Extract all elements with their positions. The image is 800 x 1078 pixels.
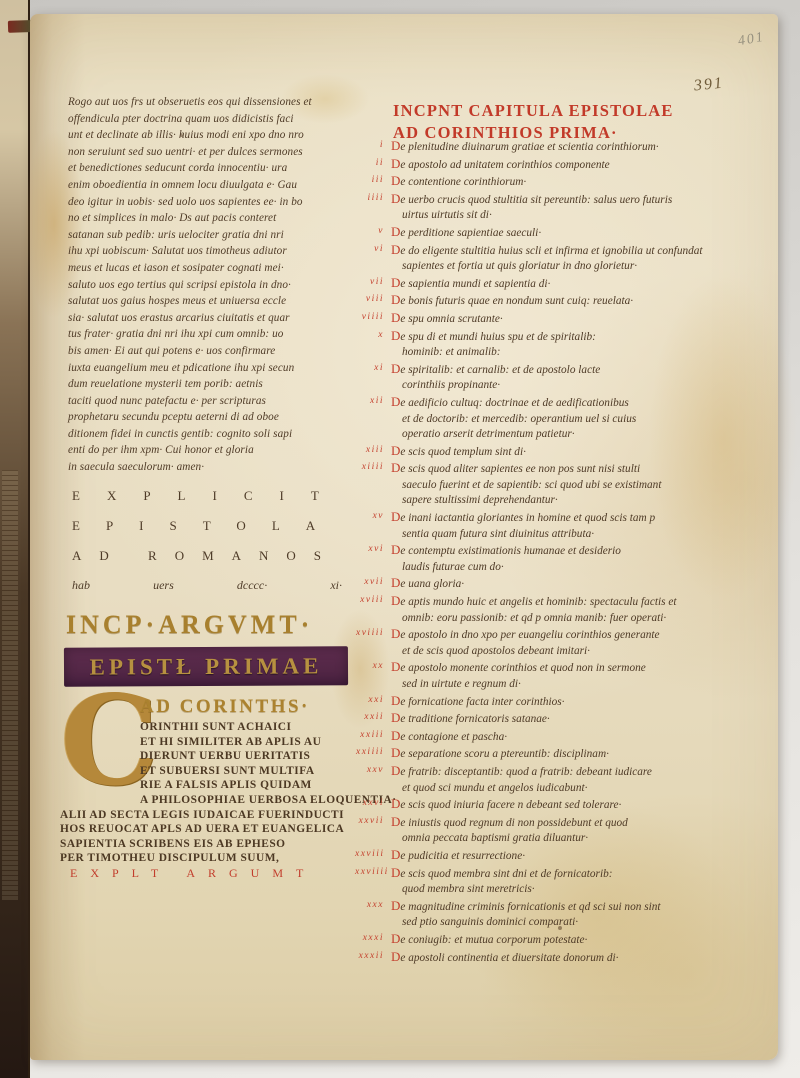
red-initial-d: D <box>391 626 400 641</box>
manuscript-line: taciti quod nunc patefactu e· per script… <box>68 393 373 410</box>
ink-folio-number: 391 <box>693 74 725 95</box>
capitulum-text: De apostolo in dno xpo per euangeliu cor… <box>391 626 800 659</box>
manuscript-line: ihu xpi uobiscum· Salutat uos timotheus … <box>68 243 373 260</box>
capitulum-text: De magnitudine criminis fornicationis et… <box>391 898 800 931</box>
red-initial-d: D <box>391 224 400 239</box>
capitulum-roman-numeral: ii <box>355 156 391 174</box>
capitulum-text: De aptis mundo huic et angelis et homini… <box>391 593 800 626</box>
manuscript-line: dum reuelatione mysterii tem porib: aetn… <box>68 376 373 393</box>
capitulum-line-text: e fratrib: disceptantib: quod a fratrib:… <box>400 766 652 778</box>
capitulum-line: De apostolo ad unitatem corinthios compo… <box>391 156 800 174</box>
explicit-line: AD ROMANOS <box>72 548 364 578</box>
capitulum-line: sed ptio sanguinis dominici comparati· <box>391 915 800 931</box>
capitulum-text: De separatione scoru a ptereuntib: disci… <box>391 745 800 763</box>
verse-token: dcccc· <box>237 578 267 593</box>
red-initial-d: D <box>391 275 400 290</box>
capitulum-text: De scis quod aliter sapientes ee non pos… <box>391 460 800 509</box>
argumentum-line: HOS REUOCAT APLS AD UERA ET EUANGELICA <box>60 822 360 837</box>
pencil-folio-number: 401 <box>737 30 766 50</box>
verse-token: hab <box>72 578 90 593</box>
capitulum-roman-numeral: xviiii <box>355 626 391 659</box>
red-initial-d: D <box>391 156 400 171</box>
capitulum-line: et de doctorib: et mercedib: operantium … <box>391 412 800 428</box>
capitulum-text: De contentione corinthiorum· <box>391 173 800 191</box>
capitulum-line: De spiritalib: et carnalib: et de aposto… <box>391 361 800 379</box>
capitulum-line-text: e iniustis quod regnum di non possidebun… <box>400 817 627 829</box>
explicit-line: EXPLICIT <box>72 488 364 518</box>
red-initial-d: D <box>391 659 400 674</box>
capitulum-text: De traditione fornicatoris satanae· <box>391 710 800 728</box>
capitulum-roman-numeral: xvii <box>355 575 391 593</box>
capitulum-line: De do eligente stultitia huius scli et i… <box>391 242 800 260</box>
capitulum-line: De uerbo crucis quod stultitia sit pereu… <box>391 191 800 209</box>
capitulum-text: De do eligente stultitia huius scli et i… <box>391 242 800 275</box>
red-initial-d: D <box>391 814 400 829</box>
capitula-item: xvi De contemptu existimationis humanae … <box>355 542 800 575</box>
red-initial-d: D <box>391 593 400 608</box>
manuscript-line: enim oboedientia in omnem locu diuulgata… <box>68 177 373 194</box>
capitula-item: xxi De fornicatione facta inter corinthi… <box>355 693 800 711</box>
capitula-item: xxxii De apostoli continentia et diuersi… <box>355 949 800 967</box>
capitula-item: xv De inani iactantia gloriantes in homi… <box>355 509 800 542</box>
manuscript-line: salutat uos gaius hospes meus et uniuers… <box>68 293 373 310</box>
capitulum-line: De iniustis quod regnum di non possidebu… <box>391 814 800 832</box>
capitula-item: vi De do eligente stultitia huius scli e… <box>355 242 800 275</box>
red-initial-d: D <box>391 394 400 409</box>
capitulum-roman-numeral: vi <box>355 242 391 275</box>
capitulum-line-text: e uana gloria· <box>400 578 464 590</box>
capitulum-text: De fornicatione facta inter corinthios· <box>391 693 800 711</box>
capitulum-roman-numeral: xxxi <box>355 931 391 949</box>
red-initial-d: D <box>391 847 400 862</box>
capitulum-roman-numeral: viii <box>355 292 391 310</box>
red-initial-d: D <box>391 931 400 946</box>
capitula-item: x De spu di et mundi huius spu et de spi… <box>355 328 800 361</box>
capitula-item: iiii De uerbo crucis quod stultitia sit … <box>355 191 800 224</box>
red-initial-d: D <box>391 173 400 188</box>
capitula-item: vii De sapientia mundi et sapientia di· <box>355 275 800 293</box>
capitulum-text: De pudicitia et resurrectione· <box>391 847 800 865</box>
capitulum-line: omnib: eoru passionib: et qd p omnia man… <box>391 611 800 627</box>
capitula-header-line1: INCPNT CAPITULA EPISTOLAE <box>393 100 773 122</box>
capitulum-line: corinthiis propinante· <box>391 378 800 394</box>
capitulum-text: De scis quod templum sint di· <box>391 443 800 461</box>
capitulum-line-text: e separatione scoru a ptereuntib: discip… <box>400 748 609 760</box>
capitulum-text: De spu di et mundi huius spu et de spiri… <box>391 328 800 361</box>
red-initial-d: D <box>391 575 400 590</box>
red-initial-d: D <box>391 361 400 376</box>
capitulum-line: De magnitudine criminis fornicationis et… <box>391 898 800 916</box>
capitulum-line-text: e coniugib: et mutua corporum potestate· <box>400 934 587 946</box>
manuscript-line: saluto uos ego tertius qui scripsi epist… <box>68 277 373 294</box>
capitulum-line: De scis quod membra sint dni et de forni… <box>391 865 800 883</box>
capitulum-line-text: e spu di et mundi huius spu et de spirit… <box>400 331 596 343</box>
capitulum-line: De spu di et mundi huius spu et de spiri… <box>391 328 800 346</box>
capitulum-line-text: e scis quod membra sint dni et de fornic… <box>400 868 612 880</box>
capitulum-line: quod membra sint meretricis· <box>391 882 800 898</box>
capitulum-line: De fornicatione facta inter corinthios· <box>391 693 800 711</box>
verse-token: uers <box>153 578 174 593</box>
verse-token: xi· <box>330 578 342 593</box>
capitulum-text: De apostoli continentia et diuersitate d… <box>391 949 800 967</box>
capitulum-text: De uana gloria· <box>391 575 800 593</box>
capitulum-text: De apostolo monente corinthios et quod n… <box>391 659 800 692</box>
capitulum-line: De separatione scoru a ptereuntib: disci… <box>391 745 800 763</box>
red-initial-d: D <box>391 710 400 725</box>
capitulum-line-text: e apostoli continentia et diuersitate do… <box>400 952 618 964</box>
capitula-item: i De plenitudine diuinarum gratiae et sc… <box>355 138 800 156</box>
capitulum-line: sed in uirtute e regnum di· <box>391 677 800 693</box>
capitulum-line-text: e spiritalib: et carnalib: et de apostol… <box>400 364 600 376</box>
manuscript-line: iuxta euangelium meu et pdicatione ihu x… <box>68 360 373 377</box>
manuscript-line: non seruiunt sed suo uentri· et per dulc… <box>68 144 373 161</box>
capitula-item: xx De apostolo monente corinthios et quo… <box>355 659 800 692</box>
capitulum-line: De spu omnia scrutante· <box>391 310 800 328</box>
capitulum-line: operatio arserit detrimentum patietur· <box>391 427 800 443</box>
red-initial-d: D <box>391 796 400 811</box>
capitula-item: iii De contentione corinthiorum· <box>355 173 800 191</box>
capitulum-line-text: e contagione et pascha· <box>400 731 507 743</box>
manuscript-line: sia· salutat uos erastus arcarius ciuita… <box>68 310 373 327</box>
capitulum-line: De coniugib: et mutua corporum potestate… <box>391 931 800 949</box>
capitulum-line: De apostolo in dno xpo per euangeliu cor… <box>391 626 800 644</box>
capitulum-roman-numeral: xxi <box>355 693 391 711</box>
capitula-item: xii De aedificio cultuq: doctrinae et de… <box>355 394 800 443</box>
romans-text-block: Rogo aut uos frs ut obseruetis eos qui d… <box>68 94 373 476</box>
red-initial-d: D <box>391 745 400 760</box>
red-initial-d: D <box>391 542 400 557</box>
capitulum-line-text: e perditione sapientiae saeculi· <box>400 227 541 239</box>
capitula-item: xxiii De contagione et pascha· <box>355 728 800 746</box>
capitulum-text: De sapientia mundi et sapientia di· <box>391 275 800 293</box>
capitulum-roman-numeral: xx <box>355 659 391 692</box>
manuscript-line: in saecula saeculorum· amen· <box>68 459 373 476</box>
capitula-item: xxviiii De scis quod membra sint dni et … <box>355 865 800 898</box>
capitulum-roman-numeral: x <box>355 328 391 361</box>
capitulum-line: De aedificio cultuq: doctrinae et de aed… <box>391 394 800 412</box>
capitulum-roman-numeral: xxvii <box>355 814 391 847</box>
explicit-line: EPISTOLA <box>72 518 364 548</box>
capitulum-line: De contemptu existimationis humanae et d… <box>391 542 800 560</box>
explicit-argumentum-line: EXPLT ARGUMT <box>70 866 350 881</box>
capitula-item: xviii De aptis mundo huic et angelis et … <box>355 593 800 626</box>
capitulum-line-text: e scis quod templum sint di· <box>400 446 526 458</box>
capitulum-line: uirtus uirtutis sit di· <box>391 208 800 224</box>
capitula-item: xxvii De iniustis quod regnum di non pos… <box>355 814 800 847</box>
argumentum-block: C AD CORINTHS· ORINTHII SUNT ACHAICI ET … <box>60 694 360 866</box>
capitulum-line-text: e contentione corinthiorum· <box>400 176 526 188</box>
capitulum-text: De bonis futuris quae en nondum sunt cui… <box>391 292 800 310</box>
capitulum-text: De uerbo crucis quod stultitia sit pereu… <box>391 191 800 224</box>
capitulum-text: De plenitudine diuinarum gratiae et scie… <box>391 138 800 156</box>
capitula-item: viii De bonis futuris quae en nondum sun… <box>355 292 800 310</box>
capitula-item: xxxi De coniugib: et mutua corporum pote… <box>355 931 800 949</box>
capitula-item: xi De spiritalib: et carnalib: et de apo… <box>355 361 800 394</box>
capitulum-line: De scis quod iniuria facere n debeant se… <box>391 796 800 814</box>
capitulum-roman-numeral: iiii <box>355 191 391 224</box>
capitulum-line-text: e apostolo ad unitatem corinthios compon… <box>400 159 609 171</box>
capitulum-line: De uana gloria· <box>391 575 800 593</box>
capitulum-text: De perditione sapientiae saeculi· <box>391 224 800 242</box>
capitulum-line: sentia quam futura sint diuinitus attrib… <box>391 527 800 543</box>
manuscript-line: bis amen· Ei aut qui potens e· uos confi… <box>68 343 373 360</box>
capitulum-text: De spu omnia scrutante· <box>391 310 800 328</box>
capitulum-text: De fratrib: disceptantib: quod a fratrib… <box>391 763 800 796</box>
capitula-item: xxii De traditione fornicatoris satanae· <box>355 710 800 728</box>
capitulum-line-text: e bonis futuris quae en nondum sunt cuiq… <box>400 295 633 307</box>
capitulum-line-text: e magnitudine criminis fornicationis et … <box>400 901 660 913</box>
red-initial-d: D <box>391 292 400 307</box>
capitulum-line-text: e spu omnia scrutante· <box>400 313 502 325</box>
capitulum-roman-numeral: xi <box>355 361 391 394</box>
explicit-romans-block: EXPLICIT EPISTOLA AD ROMANOS hab uers dc… <box>72 488 364 593</box>
capitulum-line-text: e aedificio cultuq: doctrinae et de aedi… <box>400 397 628 409</box>
capitula-item: xxiiii De separatione scoru a ptereuntib… <box>355 745 800 763</box>
capitulum-line-text: e apostolo in dno xpo per euangeliu cori… <box>400 629 659 641</box>
capitulum-line: De apostolo monente corinthios et quod n… <box>391 659 800 677</box>
capitulum-line-text: e plenitudine diuinarum gratiae et scien… <box>400 141 658 153</box>
capitulum-line: et quod sci mundu et angelos iudicabunt· <box>391 781 800 797</box>
incipit-argumentum-heading: INCP·ARGVMT· <box>66 610 376 640</box>
red-initial-d: D <box>391 443 400 458</box>
book-binding <box>0 0 30 1078</box>
red-initial-d: D <box>391 138 400 153</box>
capitulum-roman-numeral: xxiiii <box>355 745 391 763</box>
capitulum-line-text: e scis quod aliter sapientes ee non pos … <box>400 463 640 475</box>
capitulum-roman-numeral: xxxii <box>355 949 391 967</box>
decorated-initial-c: C <box>60 694 140 796</box>
capitula-header: INCPNT CAPITULA EPISTOLAE AD CORINTHIOS … <box>393 100 773 143</box>
capitulum-line-text: e do eligente stultitia huius scli et in… <box>400 245 702 257</box>
capitulum-roman-numeral: viiii <box>355 310 391 328</box>
red-initial-d: D <box>391 865 400 880</box>
red-initial-d: D <box>391 242 400 257</box>
capitulum-roman-numeral: xv <box>355 509 391 542</box>
red-initial-d: D <box>391 310 400 325</box>
capitulum-roman-numeral: xxiii <box>355 728 391 746</box>
capitulum-roman-numeral: xxvi <box>355 796 391 814</box>
manuscript-line: no et simplices in malo· Ds aut pacis co… <box>68 210 373 227</box>
capitulum-roman-numeral: vii <box>355 275 391 293</box>
capitulum-roman-numeral: xxii <box>355 710 391 728</box>
red-initial-d: D <box>391 693 400 708</box>
capitulum-line: De inani iactantia gloriantes in homine … <box>391 509 800 527</box>
capitula-item: xxviii De pudicitia et resurrectione· <box>355 847 800 865</box>
capitulum-line-text: e contemptu existimationis humanae et de… <box>400 545 621 557</box>
capitulum-roman-numeral: v <box>355 224 391 242</box>
capitulum-line: De aptis mundo huic et angelis et homini… <box>391 593 800 611</box>
verse-count-line: hab uers dcccc· xi· <box>72 578 342 593</box>
capitulum-roman-numeral: xxviii <box>355 847 391 865</box>
manuscript-line: offendicula pter doctrina quam uos didic… <box>68 111 373 128</box>
manuscript-line: deo igitur in uobis· sed uolo uos sapien… <box>68 194 373 211</box>
capitulum-line: De apostoli continentia et diuersitate d… <box>391 949 800 967</box>
manuscript-line: satanan sub pedib: uris uelociter gratia… <box>68 227 373 244</box>
capitulum-line-text: e sapientia mundi et sapientia di· <box>400 278 550 290</box>
capitulum-line: De bonis futuris quae en nondum sunt cui… <box>391 292 800 310</box>
capitula-item: xvii De uana gloria· <box>355 575 800 593</box>
capitulum-line: De traditione fornicatoris satanae· <box>391 710 800 728</box>
capitulum-text: De contemptu existimationis humanae et d… <box>391 542 800 575</box>
capitulum-line-text: e pudicitia et resurrectione· <box>400 850 525 862</box>
manuscript-line: meus et lucas et iason et sosipater cogn… <box>68 260 373 277</box>
capitulum-roman-numeral: xiii <box>355 443 391 461</box>
parchment-page: 401 391 Rogo aut uos frs ut obseruetis e… <box>30 14 778 1060</box>
manuscript-line: tus frater· gratia dni nri ihu xpi cum o… <box>68 326 373 343</box>
capitulum-line-text: e traditione fornicatoris satanae· <box>400 713 549 725</box>
capitulum-roman-numeral: xxviiii <box>355 865 391 898</box>
capitulum-line: De plenitudine diuinarum gratiae et scie… <box>391 138 800 156</box>
argumentum-line: SAPIENTIA SCRIBENS EIS AB EPHESO <box>60 837 360 852</box>
capitulum-roman-numeral: iii <box>355 173 391 191</box>
capitulum-roman-numeral: xxv <box>355 763 391 796</box>
manuscript-photo: 401 391 Rogo aut uos frs ut obseruetis e… <box>0 0 800 1078</box>
red-initial-d: D <box>391 763 400 778</box>
capitulum-line-text: e scis quod iniuria facere n debeant sed… <box>400 799 621 811</box>
capitulum-text: De scis quod iniuria facere n debeant se… <box>391 796 800 814</box>
capitulum-line: De fratrib: disceptantib: quod a fratrib… <box>391 763 800 781</box>
capitulum-line-text: e inani iactantia gloriantes in homine e… <box>400 512 655 524</box>
capitulum-text: De apostolo ad unitatem corinthios compo… <box>391 156 800 174</box>
capitulum-text: De scis quod membra sint dni et de forni… <box>391 865 800 898</box>
capitula-item: xxvi De scis quod iniuria facere n debea… <box>355 796 800 814</box>
capitula-item: xiiii De scis quod aliter sapientes ee n… <box>355 460 800 509</box>
capitulum-line: De contentione corinthiorum· <box>391 173 800 191</box>
capitulum-text: De coniugib: et mutua corporum potestate… <box>391 931 800 949</box>
capitulum-line: hominib: et animalib: <box>391 345 800 361</box>
capitulum-line: omnia peccata baptismi gratia diluantur· <box>391 831 800 847</box>
capitulum-roman-numeral: i <box>355 138 391 156</box>
capitula-item: v De perditione sapientiae saeculi· <box>355 224 800 242</box>
capitulum-line-text: e apostolo monente corinthios et quod no… <box>400 662 645 674</box>
capitula-item: ii De apostolo ad unitatem corinthios co… <box>355 156 800 174</box>
capitulum-line: De scis quod aliter sapientes ee non pos… <box>391 460 800 478</box>
capitulum-line: De pudicitia et resurrectione· <box>391 847 800 865</box>
capitulum-line: saeculo fuerint et de sapientib: sci quo… <box>391 478 800 494</box>
capitulum-text: De iniustis quod regnum di non possidebu… <box>391 814 800 847</box>
manuscript-line: prophetaru secundu pceptu aeterni di ad … <box>68 409 373 426</box>
capitulum-roman-numeral: xii <box>355 394 391 443</box>
red-initial-d: D <box>391 949 400 964</box>
capitula-item: xxv De fratrib: disceptantib: quod a fra… <box>355 763 800 796</box>
capitulum-roman-numeral: xviii <box>355 593 391 626</box>
red-initial-d: D <box>391 898 400 913</box>
manuscript-line: Rogo aut uos frs ut obseruetis eos qui d… <box>68 94 373 111</box>
capitulum-line: laudis futurae cum do· <box>391 560 800 576</box>
capitula-list: i De plenitudine diuinarum gratiae et sc… <box>355 138 800 966</box>
capitulum-line-text: e aptis mundo huic et angelis et hominib… <box>400 596 676 608</box>
capitulum-roman-numeral: xvi <box>355 542 391 575</box>
capitulum-line: et de scis quod apostolos debeant imitar… <box>391 644 800 660</box>
capitulum-roman-numeral: xiiii <box>355 460 391 509</box>
manuscript-line: enti do per ihm xpm· Cui honor et gloria <box>68 442 373 459</box>
capitula-item: xxx De magnitudine criminis fornicationi… <box>355 898 800 931</box>
red-initial-d: D <box>391 191 400 206</box>
capitulum-line: De contagione et pascha· <box>391 728 800 746</box>
red-initial-d: D <box>391 460 400 475</box>
capitulum-text: De aedificio cultuq: doctrinae et de aed… <box>391 394 800 443</box>
manuscript-line: unt et declinate ab illis· huius modi en… <box>68 127 373 144</box>
capitulum-text: De contagione et pascha· <box>391 728 800 746</box>
manuscript-line: ditionem fidei in cunctis gentib: cognit… <box>68 426 373 443</box>
capitula-item: viiii De spu omnia scrutante· <box>355 310 800 328</box>
capitulum-text: De inani iactantia gloriantes in homine … <box>391 509 800 542</box>
capitulum-line: De perditione sapientiae saeculi· <box>391 224 800 242</box>
red-initial-d: D <box>391 728 400 743</box>
argumentum-line: ALII AD SECTA LEGIS IUDAICAE FUERINDUCTI <box>60 808 360 823</box>
underleaf-page-edge-text <box>2 470 18 900</box>
capitulum-line: De scis quod templum sint di· <box>391 443 800 461</box>
capitulum-line: sapere stultissimi deprehendantur· <box>391 493 800 509</box>
capitulum-line-text: e fornicatione facta inter corinthios· <box>400 696 564 708</box>
red-initial-d: D <box>391 509 400 524</box>
capitula-item: xviiii De apostolo in dno xpo per euange… <box>355 626 800 659</box>
manuscript-line: et benedictiones seducunt corda innocent… <box>68 160 373 177</box>
capitulum-text: De spiritalib: et carnalib: et de aposto… <box>391 361 800 394</box>
capitulum-line: sapientes et fortia ut quis gloriatur in… <box>391 259 800 275</box>
capitulum-line-text: e uerbo crucis quod stultitia sit pereun… <box>400 194 672 206</box>
capitula-item: xiii De scis quod templum sint di· <box>355 443 800 461</box>
capitulum-line: De sapientia mundi et sapientia di· <box>391 275 800 293</box>
red-initial-d: D <box>391 328 400 343</box>
argumentum-line: PER TIMOTHEU DISCIPULUM SUUM, <box>60 851 360 866</box>
capitulum-roman-numeral: xxx <box>355 898 391 931</box>
